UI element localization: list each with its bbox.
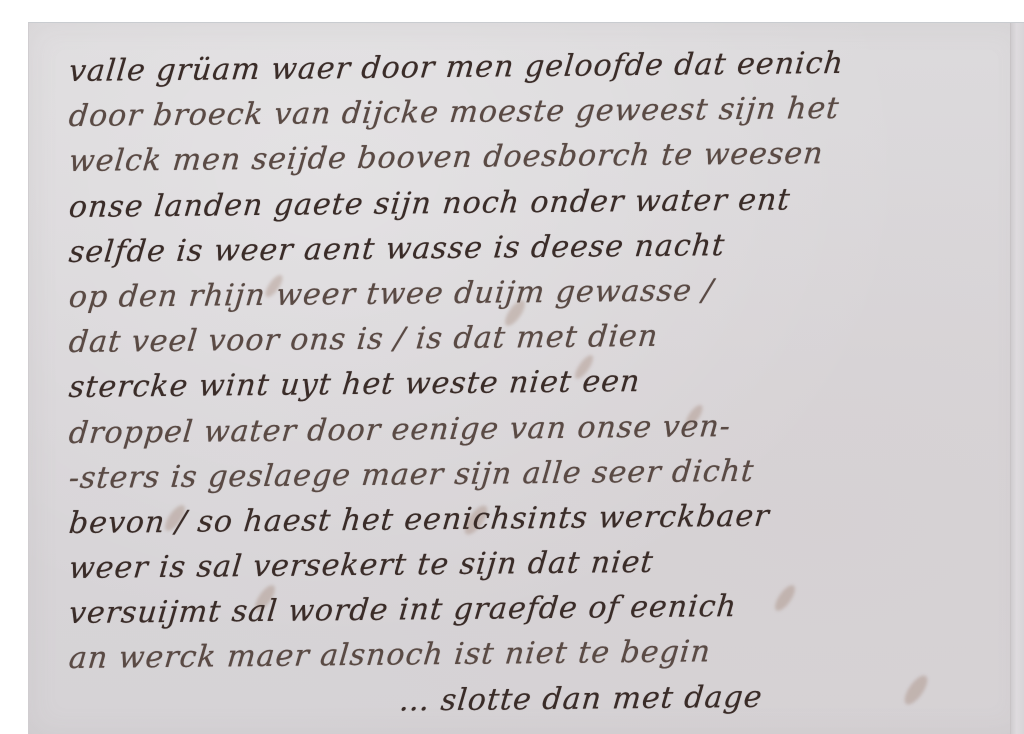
scan-background: valle grüam waer door men geloofde dat e…: [0, 0, 1024, 734]
handwritten-text-block: valle grüam waer door men geloofde dat e…: [69, 49, 1019, 727]
text-line-15: … slotte dan met dage: [67, 672, 1022, 727]
manuscript-page: valle grüam waer door men geloofde dat e…: [28, 22, 1024, 734]
